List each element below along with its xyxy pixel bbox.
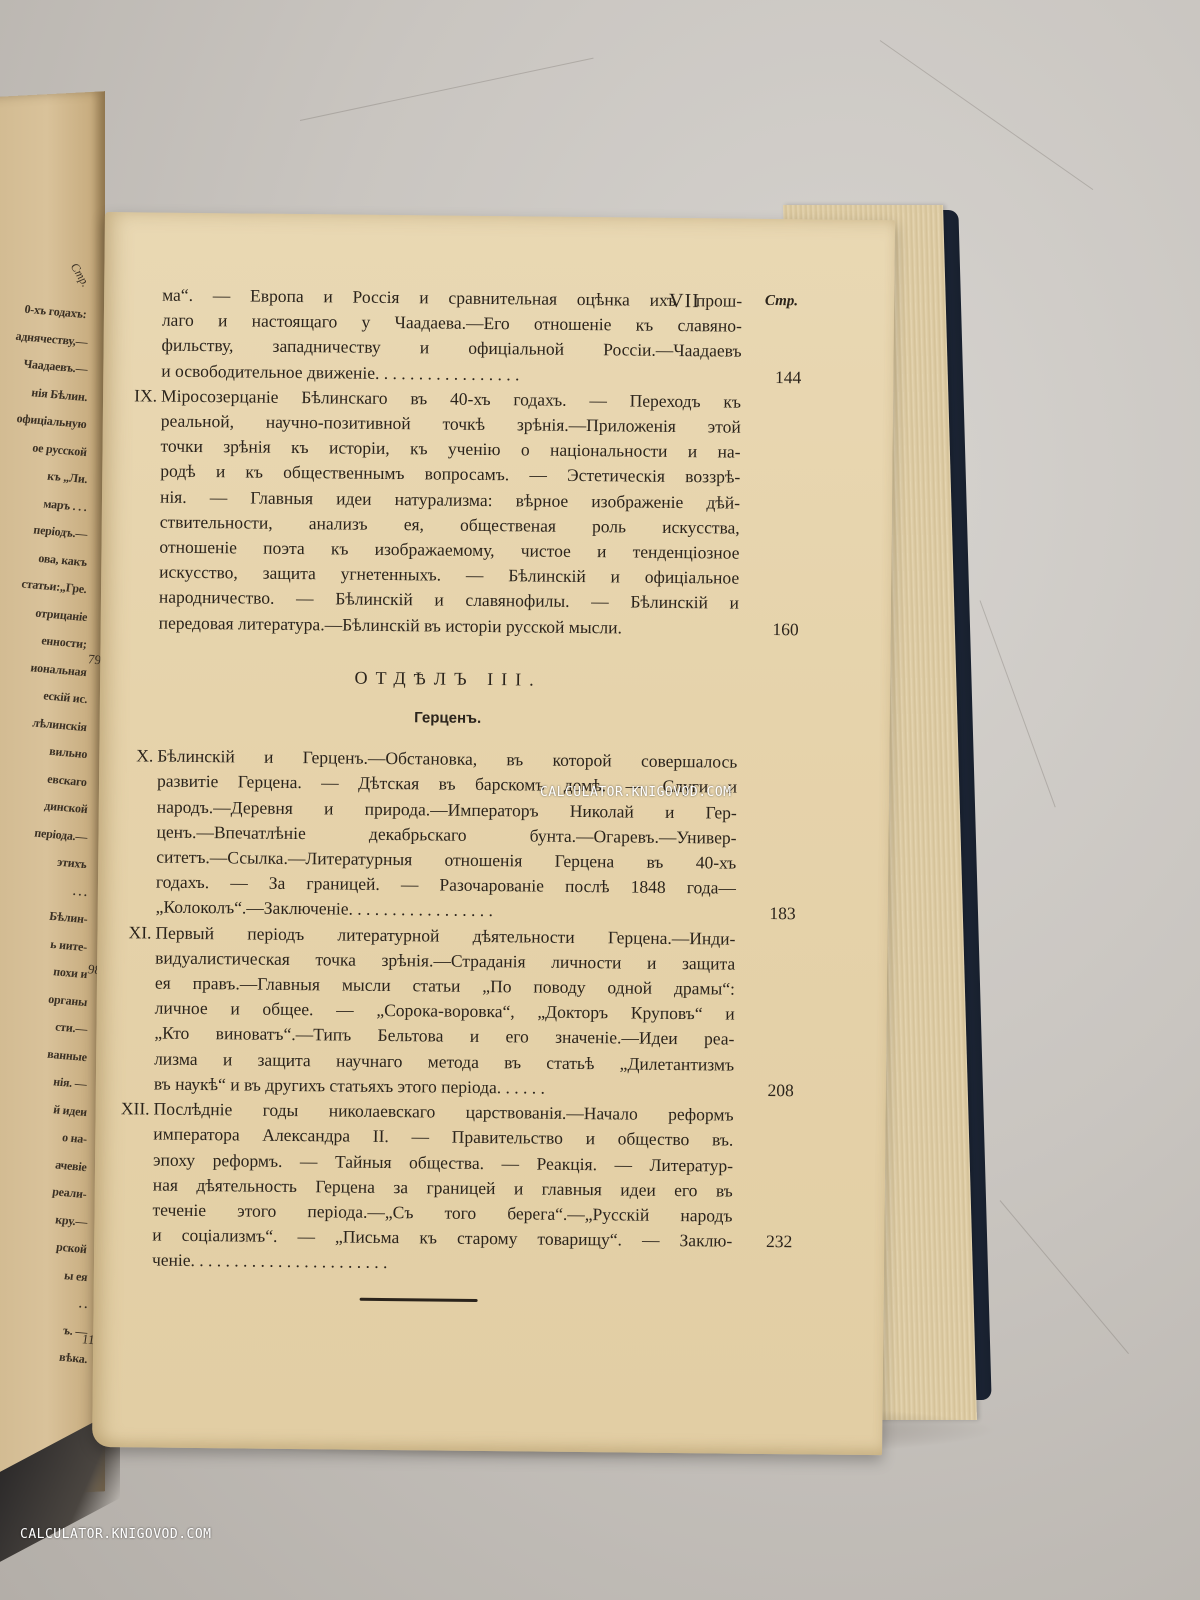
- left-page-text-fragment: періода.—: [33, 825, 88, 845]
- page-reference: 232: [742, 1229, 792, 1255]
- left-page-text-fragment: й идеи: [52, 1102, 88, 1120]
- watermark: CALCULATOR.KNIGOVOD.COM: [540, 785, 732, 800]
- left-page-text-fragment: періодъ.—: [32, 522, 88, 542]
- left-page-text-fragment: Чаадаевъ.—: [22, 357, 88, 378]
- left-page-text-fragment: статьи:„Гре.: [21, 576, 88, 597]
- page-reference: 208: [744, 1078, 794, 1104]
- left-page-text-fragment: къ „Ли.: [46, 469, 88, 487]
- left-page-text-fragment: кру.—: [54, 1212, 88, 1230]
- section-title: ОТДѢЛЪ III.: [158, 663, 738, 694]
- left-page-text-fragment: . .: [78, 1296, 88, 1312]
- chapter-number: XII.: [117, 1096, 149, 1122]
- book-page: VII Стр. ма“. — Европа и Россія и сравни…: [92, 212, 895, 1455]
- left-page-text-fragment: рской: [56, 1239, 88, 1257]
- toc-entry: XII.Послѣдніе годы николаевскаго царство…: [152, 1097, 734, 1279]
- left-page-text-fragment: этихъ: [57, 855, 88, 873]
- left-page-text-fragment: ванные: [47, 1046, 89, 1064]
- left-page-text-fragment: ова, какъ: [37, 550, 88, 569]
- left-page-column-label: Стр.: [67, 260, 93, 290]
- left-page-text-fragment: динской: [43, 798, 88, 817]
- left-page-text-fragment: о на-: [61, 1130, 88, 1147]
- left-page-text-fragment: нія Бѣлин.: [30, 385, 88, 405]
- left-page-text-fragment: реали-: [52, 1184, 88, 1202]
- left-page-text-fragment: вильно: [48, 744, 88, 762]
- toc-entry-continuation: Стр. ма“. — Европа и Россія и сравнитель…: [161, 283, 742, 390]
- left-page-text-fragment: нія. —: [53, 1074, 88, 1092]
- page-reference: 144: [751, 364, 801, 390]
- chapter-number: X.: [121, 743, 153, 769]
- left-page-text-fragment: 0-хъ годахъ:: [24, 302, 88, 322]
- marble-vein: [300, 58, 594, 121]
- closing-rule: [360, 1297, 478, 1301]
- chapter-number: XI.: [119, 920, 151, 946]
- watermark: CALCULATOR.KNIGOVOD.COM: [20, 1527, 212, 1542]
- left-page-text-fragment: отрицаніе: [34, 605, 88, 625]
- left-page-text-fragment: маръ . . .: [43, 496, 88, 515]
- marble-vein: [1000, 1200, 1129, 1354]
- left-page-text-fragment: ое русской: [32, 440, 88, 460]
- left-page-text-fragment: иональная: [30, 660, 88, 680]
- left-page-text-fragment: ачевіе: [55, 1157, 88, 1175]
- left-page-text-fragment: органы: [47, 991, 88, 1009]
- left-page-text-fragment: вѣка.: [58, 1350, 88, 1367]
- left-page-text-fragment: Бѣлин-: [48, 909, 88, 927]
- toc-entry: IX.Міросозерцаніе Бѣлинскаго въ 40-хъ го…: [159, 383, 742, 641]
- toc-entry: X.Бѣлинскій и Герценъ.—Обстановка, въ ко…: [156, 744, 738, 926]
- section-subtitle: Герценъ.: [158, 703, 738, 734]
- left-page-text-fragment: ы ея: [63, 1268, 88, 1285]
- left-page-text-fragment: ь иите-: [49, 936, 88, 954]
- page-reference: 183: [746, 901, 796, 927]
- left-page-text-fragment: сти.—: [54, 1019, 88, 1037]
- left-page: Стр. 0-хъ годахъ:аднячеству,—Чаадаевъ.—н…: [0, 91, 105, 1499]
- marble-vein: [980, 600, 1056, 807]
- chapter-number: IX.: [125, 383, 157, 409]
- left-page-text-fragment: аднячеству,—: [14, 328, 88, 349]
- page-reference: 160: [749, 616, 799, 642]
- left-page-text-fragment: лѣлинскія: [32, 715, 88, 735]
- left-page-text-fragment: офиціальную: [16, 411, 88, 432]
- left-page-text-fragment: ескій ис.: [42, 688, 88, 707]
- left-page-text-fragment: енности;: [41, 633, 88, 652]
- left-page-text-fragment: похи и: [52, 964, 88, 982]
- toc-entry: XI.Первый періодъ литературной дѣятельно…: [154, 920, 736, 1102]
- left-page-text-fragment: . . .: [72, 883, 88, 899]
- left-page-text-fragment: евскаго: [47, 771, 88, 789]
- page-column-label: Стр.: [765, 289, 798, 315]
- marble-vein: [880, 40, 1094, 190]
